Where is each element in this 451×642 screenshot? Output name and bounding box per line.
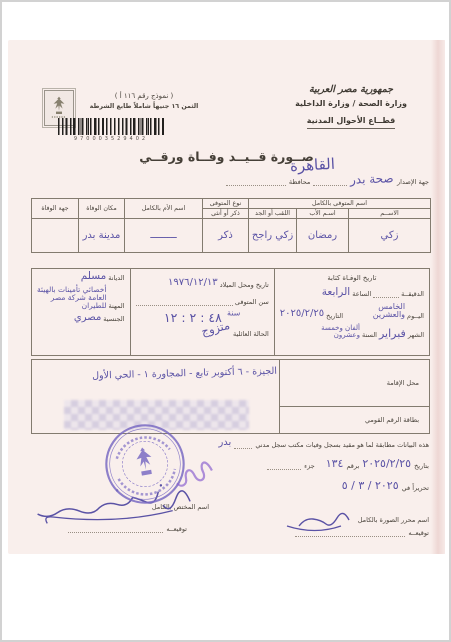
- register-date-value: ٢٠٢٥/٢/٢٥: [362, 458, 411, 470]
- death-place-value: مدينة بدر: [83, 230, 121, 241]
- dotted-blank: [226, 178, 286, 186]
- deceased-identity-table: اسم المتوفى بالكامل نوع المتوفى اسم الأم…: [31, 198, 431, 253]
- nationality-label: الجنسية: [103, 315, 124, 323]
- age-label: سن المتوفى: [235, 298, 269, 306]
- first-name-header: الاســم: [349, 209, 431, 219]
- issuer-value: صحة بدر: [350, 172, 394, 186]
- religion-label: الديانة: [108, 274, 124, 282]
- dotted-blank: [234, 441, 252, 449]
- editor-signature-line: توقيعــه: [295, 529, 429, 537]
- part-label: جزء: [304, 462, 315, 470]
- marital-label: الحالة العائلية: [233, 330, 269, 338]
- age-unit: سنة: [227, 308, 240, 317]
- barcode: [58, 118, 164, 135]
- death-authority-header: جهة الوفاة: [32, 199, 79, 219]
- death-date-value: ٢٠٢٥/٢/٢٥: [280, 309, 324, 320]
- death-place-header: مكان الوفاة: [79, 199, 125, 219]
- hour-value: الرابعة: [322, 287, 350, 298]
- written-value: ٢٠٢٥ / ٣ / ٥: [342, 480, 399, 492]
- keeper-signature-line: توقيعــه: [68, 525, 187, 533]
- religion-occupation-column: الديانة مسلم المهنة أخصائي تأمينات بالهي…: [32, 269, 130, 355]
- document-title: صــورة قــيــد وفــاة ورقــي: [8, 149, 445, 164]
- editor-label: اسم محرر الصورة بالكامل: [358, 516, 429, 524]
- birth-label: تاريخ ومحل الميلاد: [220, 281, 269, 289]
- dotted-blank: [267, 462, 301, 470]
- father-name-header: اسـم الأب: [297, 209, 349, 219]
- stamp-eagle-icon: [135, 446, 155, 476]
- hour-label: الساعة: [352, 290, 371, 298]
- occupation-value: أخصائي تأمينات بالهيئة العامة شركة مصر ل…: [29, 286, 107, 310]
- register-date-line: بتاريخ ٢٠٢٥/٢/٢٥ برقم ١٣٤ جزء: [267, 458, 429, 470]
- residence-labels: محل الإقامة بطاقة الرقم القومي: [279, 360, 429, 433]
- residence-table: محل الإقامة بطاقة الرقم القومي الجيزة - …: [31, 359, 430, 434]
- month-label: الشهر: [408, 331, 424, 339]
- price-note: الثمن ١٦ جنيهاً شاملاً طابع الشرطة: [76, 103, 212, 110]
- residence-label: محل الإقامة: [387, 379, 419, 387]
- scanned-document-page: جمهورية مصر العربية وزارة الصحة / وزارة …: [0, 0, 451, 642]
- match-value: بدر: [218, 438, 231, 449]
- written-on-line: تحريراً في ٢٠٢٥ / ٣ / ٥: [342, 480, 429, 492]
- dotted-blank: [313, 178, 347, 186]
- occupation-label: المهنة: [109, 302, 125, 310]
- barcode-digits: 970003529402: [58, 136, 164, 142]
- header-national: جمهورية مصر العربية وزارة الصحة / وزارة …: [271, 84, 431, 129]
- minute-label: الدقيقــة: [401, 290, 424, 298]
- editor-name-line: اسم محرر الصورة بالكامل: [277, 508, 429, 524]
- religion-value: مسلم: [81, 271, 106, 282]
- sector-line: قطــاع الأحوال المدنية: [307, 116, 396, 129]
- year-label: السنة: [362, 331, 377, 339]
- match-text: هذه البيانات مطابقة لما هو مقيد بسجل وفي…: [255, 441, 429, 449]
- certificate-paper: جمهورية مصر العربية وزارة الصحة / وزارة …: [8, 40, 445, 554]
- surname-header: اللقب أو الجد: [249, 209, 297, 219]
- year-value: ألفان وخمسة وعشرون: [308, 325, 360, 340]
- surname-value: زكي راجح: [252, 230, 293, 241]
- ministries-line: وزارة الصحة / وزارة الداخلية: [271, 99, 431, 108]
- written-label: تحريراً في: [402, 484, 429, 492]
- dotted-blank: [295, 529, 405, 537]
- form-number: ( نموذج رقم ١١٦ أ ): [76, 92, 212, 100]
- issuer-line: جهة الإصدار صحة بدر محافظة: [169, 173, 429, 186]
- sex-header-line1: نوع المتوفى: [203, 199, 249, 209]
- country-title: جمهورية مصر العربية: [271, 84, 431, 95]
- death-details-table: تاريخ الوفـاة كتابة الدقيقــة الساعة الر…: [31, 268, 430, 356]
- register-number-value: ١٣٤: [326, 458, 344, 470]
- governorate-value: القاهرة: [290, 157, 336, 175]
- register-date-label: بتاريخ: [414, 462, 429, 470]
- birth-value: ١٩٧٦/١٢/١٣: [168, 278, 218, 289]
- register-number-label: برقم: [346, 462, 359, 470]
- national-id-label: بطاقة الرقم القومي: [365, 416, 419, 424]
- date-label: التاريخ: [326, 312, 343, 320]
- issuer-label: جهة الإصدار: [397, 178, 429, 186]
- dotted-blank: [373, 290, 399, 298]
- nationality-value: مصري: [74, 313, 101, 324]
- sex-value: ذكر: [218, 230, 233, 241]
- match-statement-line: هذه البيانات مطابقة لما هو مقيد بسجل وفي…: [218, 438, 429, 449]
- residence-value: الجيزة - ٦ أكتوبر تابع - المجاورة ١ - ال…: [27, 367, 277, 384]
- dotted-blank: [136, 298, 233, 306]
- first-name-value: زكي: [381, 230, 399, 241]
- sex-header-line2: ذكر أو أنثى: [203, 209, 249, 219]
- mother-name-header: اسم الأم بالكامل: [125, 199, 203, 219]
- day-value: الخامس والعشرين: [345, 303, 405, 320]
- dotted-blank: [68, 525, 163, 533]
- full-name-group-header: اسم المتوفى بالكامل: [249, 199, 431, 209]
- month-value: فبراير: [379, 328, 406, 340]
- governorate-label: محافظة: [289, 178, 311, 186]
- mother-name-value: ـــــــــ: [150, 230, 176, 241]
- death-date-column: تاريخ الوفـاة كتابة الدقيقــة الساعة الر…: [274, 269, 429, 355]
- day-label: اليــوم: [407, 312, 424, 320]
- form-info: ( نموذج رقم ١١٦ أ ) الثمن ١٦ جنيهاً شامل…: [76, 92, 212, 110]
- death-date-header: تاريخ الوفـاة كتابة: [275, 274, 429, 282]
- editor-sign-label: توقيعــه: [408, 529, 429, 537]
- father-name-value: رمضان: [308, 230, 337, 241]
- keeper-sign-label: توقيعــه: [166, 525, 187, 533]
- birth-age-column: تاريخ ومحل الميلاد ١٩٧٦/١٢/١٣ سن المتوفى…: [130, 269, 274, 355]
